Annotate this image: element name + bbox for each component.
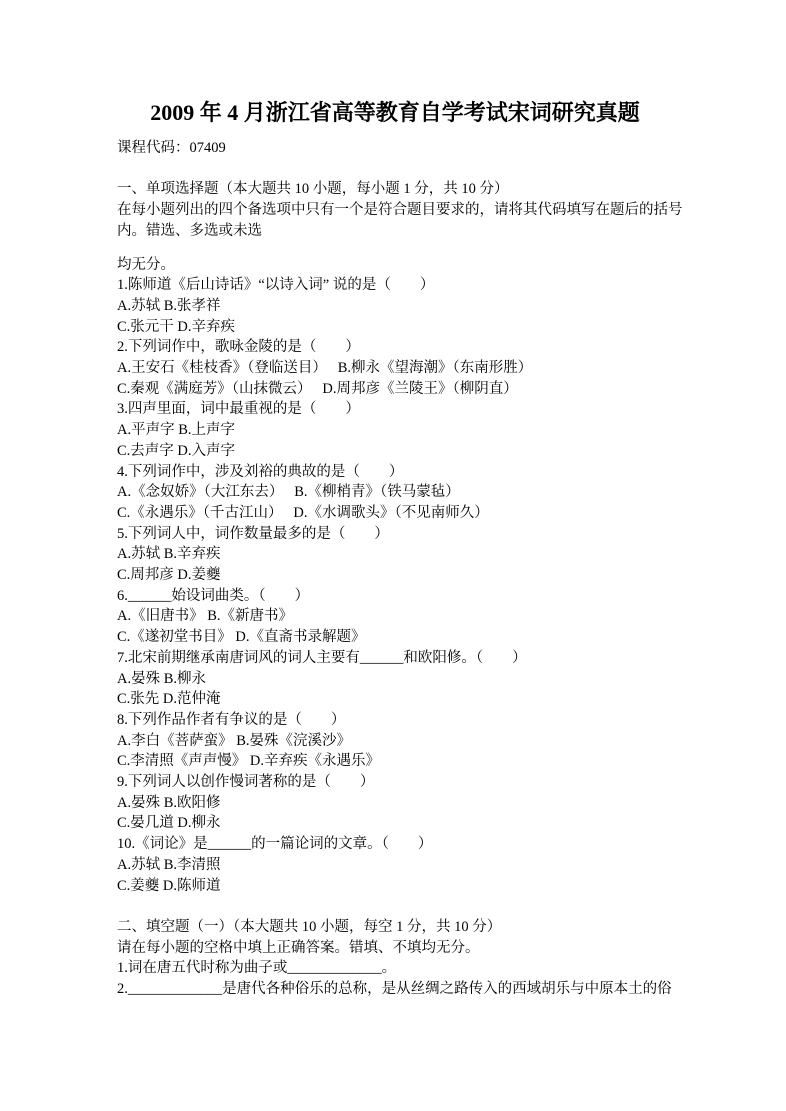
question-3-options-ab: A.平声字 B.上声字 <box>117 420 673 441</box>
spacer <box>117 242 673 255</box>
question-9-options-cd: C.晏几道 D.柳永 <box>117 813 673 834</box>
question-1-options-cd: C.张元干 D.辛弃疾 <box>117 317 673 338</box>
section1-instruction-line1: 在每小题列出的四个备选项中只有一个是符合题目要求的，请将其代码填写在题后的括号 <box>117 200 673 221</box>
question-4-options-ab: A.《念奴娇》（大江东去） B.《柳梢青》（铁马蒙毡） <box>117 482 673 503</box>
section1-instruction-line3: 均无分。 <box>117 255 673 276</box>
question-6-options-cd: C.《遂初堂书目》 D.《直斋书录解题》 <box>117 627 673 648</box>
spacer <box>117 896 673 917</box>
question-6-stem: 6.______始设词曲类。（ ） <box>117 586 673 607</box>
section1-heading: 一、单项选择题（本大题共 10 小题，每小题 1 分，共 10 分） <box>117 179 673 200</box>
question-2-stem: 2.下列词作中，歌咏金陵的是（ ） <box>117 337 673 358</box>
fill-in-item-2: 2._____________是唐代各种俗乐的总称，是从丝绸之路传入的西域胡乐与… <box>117 979 673 1000</box>
fill-in-item-1: 1.词在唐五代时称为曲子或_____________。 <box>117 958 673 979</box>
question-10-options-cd: C.姜夔 D.陈师道 <box>117 876 673 897</box>
question-5-options-ab: A.苏轼 B.辛弃疾 <box>117 544 673 565</box>
question-9-stem: 9.下列词人以创作慢词著称的是（ ） <box>117 772 673 793</box>
question-2-options-cd: C.秦观《满庭芳》（山抹微云） D.周邦彦《兰陵王》（柳阴直） <box>117 379 673 400</box>
question-1-options-ab: A.苏轼 B.张孝祥 <box>117 296 673 317</box>
question-7-options-cd: C.张先 D.范仲淹 <box>117 689 673 710</box>
exam-page: 2009 年 4 月浙江省高等教育自学考试宋词研究真题 课程代码：07409 一… <box>0 0 786 1111</box>
question-7-options-ab: A.晏殊 B.柳永 <box>117 669 673 690</box>
section1-instruction-line2: 内。错选、多选或未选 <box>117 221 673 242</box>
question-5-options-cd: C.周邦彦 D.姜夔 <box>117 565 673 586</box>
question-3-options-cd: C.去声字 D.入声字 <box>117 441 673 462</box>
question-8-options-cd: C.李清照《声声慢》 D.辛弃疾《永遇乐》 <box>117 751 673 772</box>
exam-document: 2009 年 4 月浙江省高等教育自学考试宋词研究真题 课程代码：07409 一… <box>117 96 673 1000</box>
question-8-stem: 8.下列作品作者有争议的是（ ） <box>117 710 673 731</box>
question-2-options-ab: A.王安石《桂枝香》（登临送目） B.柳永《望海潮》（东南形胜） <box>117 358 673 379</box>
spacer <box>117 159 673 180</box>
document-title: 2009 年 4 月浙江省高等教育自学考试宋词研究真题 <box>117 96 673 130</box>
question-7-stem: 7.北宋前期继承南唐词风的词人主要有______和欧阳修。（ ） <box>117 648 673 669</box>
course-code: 课程代码：07409 <box>117 138 673 159</box>
section2-instruction: 请在每小题的空格中填上正确答案。错填、不填均无分。 <box>117 938 673 959</box>
question-10-stem: 10.《词论》是______的一篇论词的文章。（ ） <box>117 834 673 855</box>
question-9-options-ab: A.晏殊 B.欧阳修 <box>117 793 673 814</box>
question-10-options-ab: A.苏轼 B.李清照 <box>117 855 673 876</box>
question-3-stem: 3.四声里面，词中最重视的是（ ） <box>117 399 673 420</box>
question-6-options-ab: A.《旧唐书》 B.《新唐书》 <box>117 606 673 627</box>
section2-heading: 二、填空题（一）（本大题共 10 小题，每空 1 分，共 10 分） <box>117 917 673 938</box>
question-1-stem: 1.陈师道《后山诗话》“以诗入词” 说的是（ ） <box>117 275 673 296</box>
question-4-stem: 4.下列词作中，涉及刘裕的典故的是（ ） <box>117 462 673 483</box>
question-8-options-ab: A.李白《菩萨蛮》 B.晏殊《浣溪沙》 <box>117 731 673 752</box>
question-4-options-cd: C.《永遇乐》（千古江山） D.《水调歌头》（不见南师久） <box>117 503 673 524</box>
question-5-stem: 5.下列词人中，词作数量最多的是（ ） <box>117 524 673 545</box>
